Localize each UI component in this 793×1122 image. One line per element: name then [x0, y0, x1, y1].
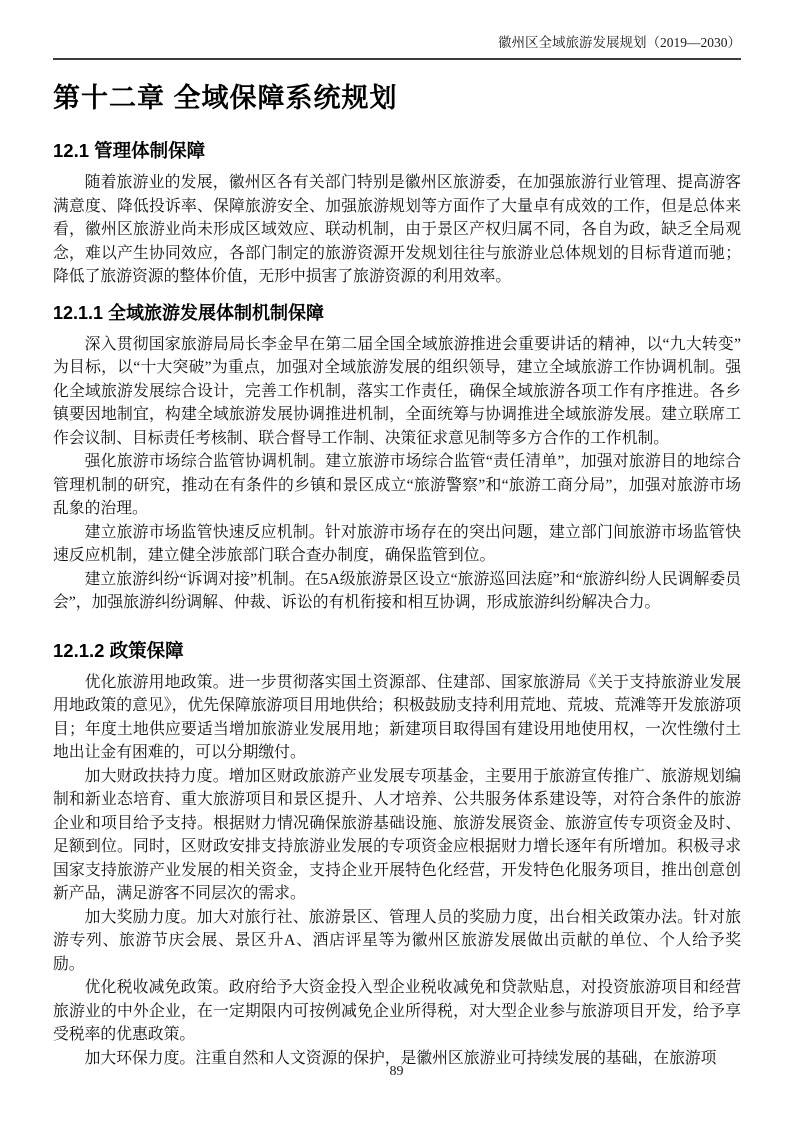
paragraph: 加大财政扶持力度。增加区财政旅游产业发展专项基金，主要用于旅游宣传推广、旅游规划…	[53, 765, 741, 906]
paragraph: 建立旅游市场监管快速反应机制。针对旅游市场存在的突出问题，建立部门间旅游市场监管…	[53, 521, 741, 568]
paragraph: 深入贯彻国家旅游局局长李金早在第二届全国全域旅游推进会重要讲话的精神，以“九大转…	[53, 333, 741, 451]
paragraph: 加大奖励力度。加大对旅行社、旅游景区、管理人员的奖励力度，出台相关政策办法。针对…	[53, 906, 741, 977]
section-heading-12-1-1: 12.1.1 全域旅游发展体制机制保障	[53, 302, 741, 324]
section-heading-12-1-2: 12.1.2 政策保障	[53, 639, 741, 662]
section-12-1: 12.1 管理体制保障 随着旅游业的发展，徽州区各有关部门特别是徽州区旅游委，在…	[53, 139, 741, 289]
section-12-1-1: 12.1.1 全域旅游发展体制机制保障 深入贯彻国家旅游局局长李金早在第二届全国…	[53, 302, 741, 615]
chapter-title: 第十二章 全域保障系统规划	[53, 81, 741, 115]
page-number: 89	[0, 1064, 793, 1080]
header-divider	[53, 58, 741, 60]
section-12-1-2: 12.1.2 政策保障 优化旅游用地政策。进一步贯彻落实国土资源部、住建部、国家…	[53, 639, 741, 1071]
section-heading-12-1: 12.1 管理体制保障	[53, 139, 741, 162]
paragraph: 强化旅游市场综合监管协调机制。建立旅游市场综合监管“责任清单”，加强对旅游目的地…	[53, 450, 741, 521]
running-header: 徽州区全域旅游发展规划（2019—2030）	[53, 34, 741, 58]
paragraph: 随着旅游业的发展，徽州区各有关部门特别是徽州区旅游委，在加强旅游行业管理、提高游…	[53, 171, 741, 289]
paragraph: 优化税收减免政策。政府给予大资金投入型企业税收减免和贷款贴息，对投资旅游项目和经…	[53, 976, 741, 1047]
paragraph: 优化旅游用地政策。进一步贯彻落实国土资源部、住建部、国家旅游局《关于支持旅游业发…	[53, 671, 741, 765]
document-page: 徽州区全域旅游发展规划（2019—2030） 第十二章 全域保障系统规划 12.…	[0, 0, 793, 1122]
paragraph: 建立旅游纠纷“诉调对接”机制。在5A级旅游景区设立“旅游巡回法庭”和“旅游纠纷人…	[53, 568, 741, 615]
